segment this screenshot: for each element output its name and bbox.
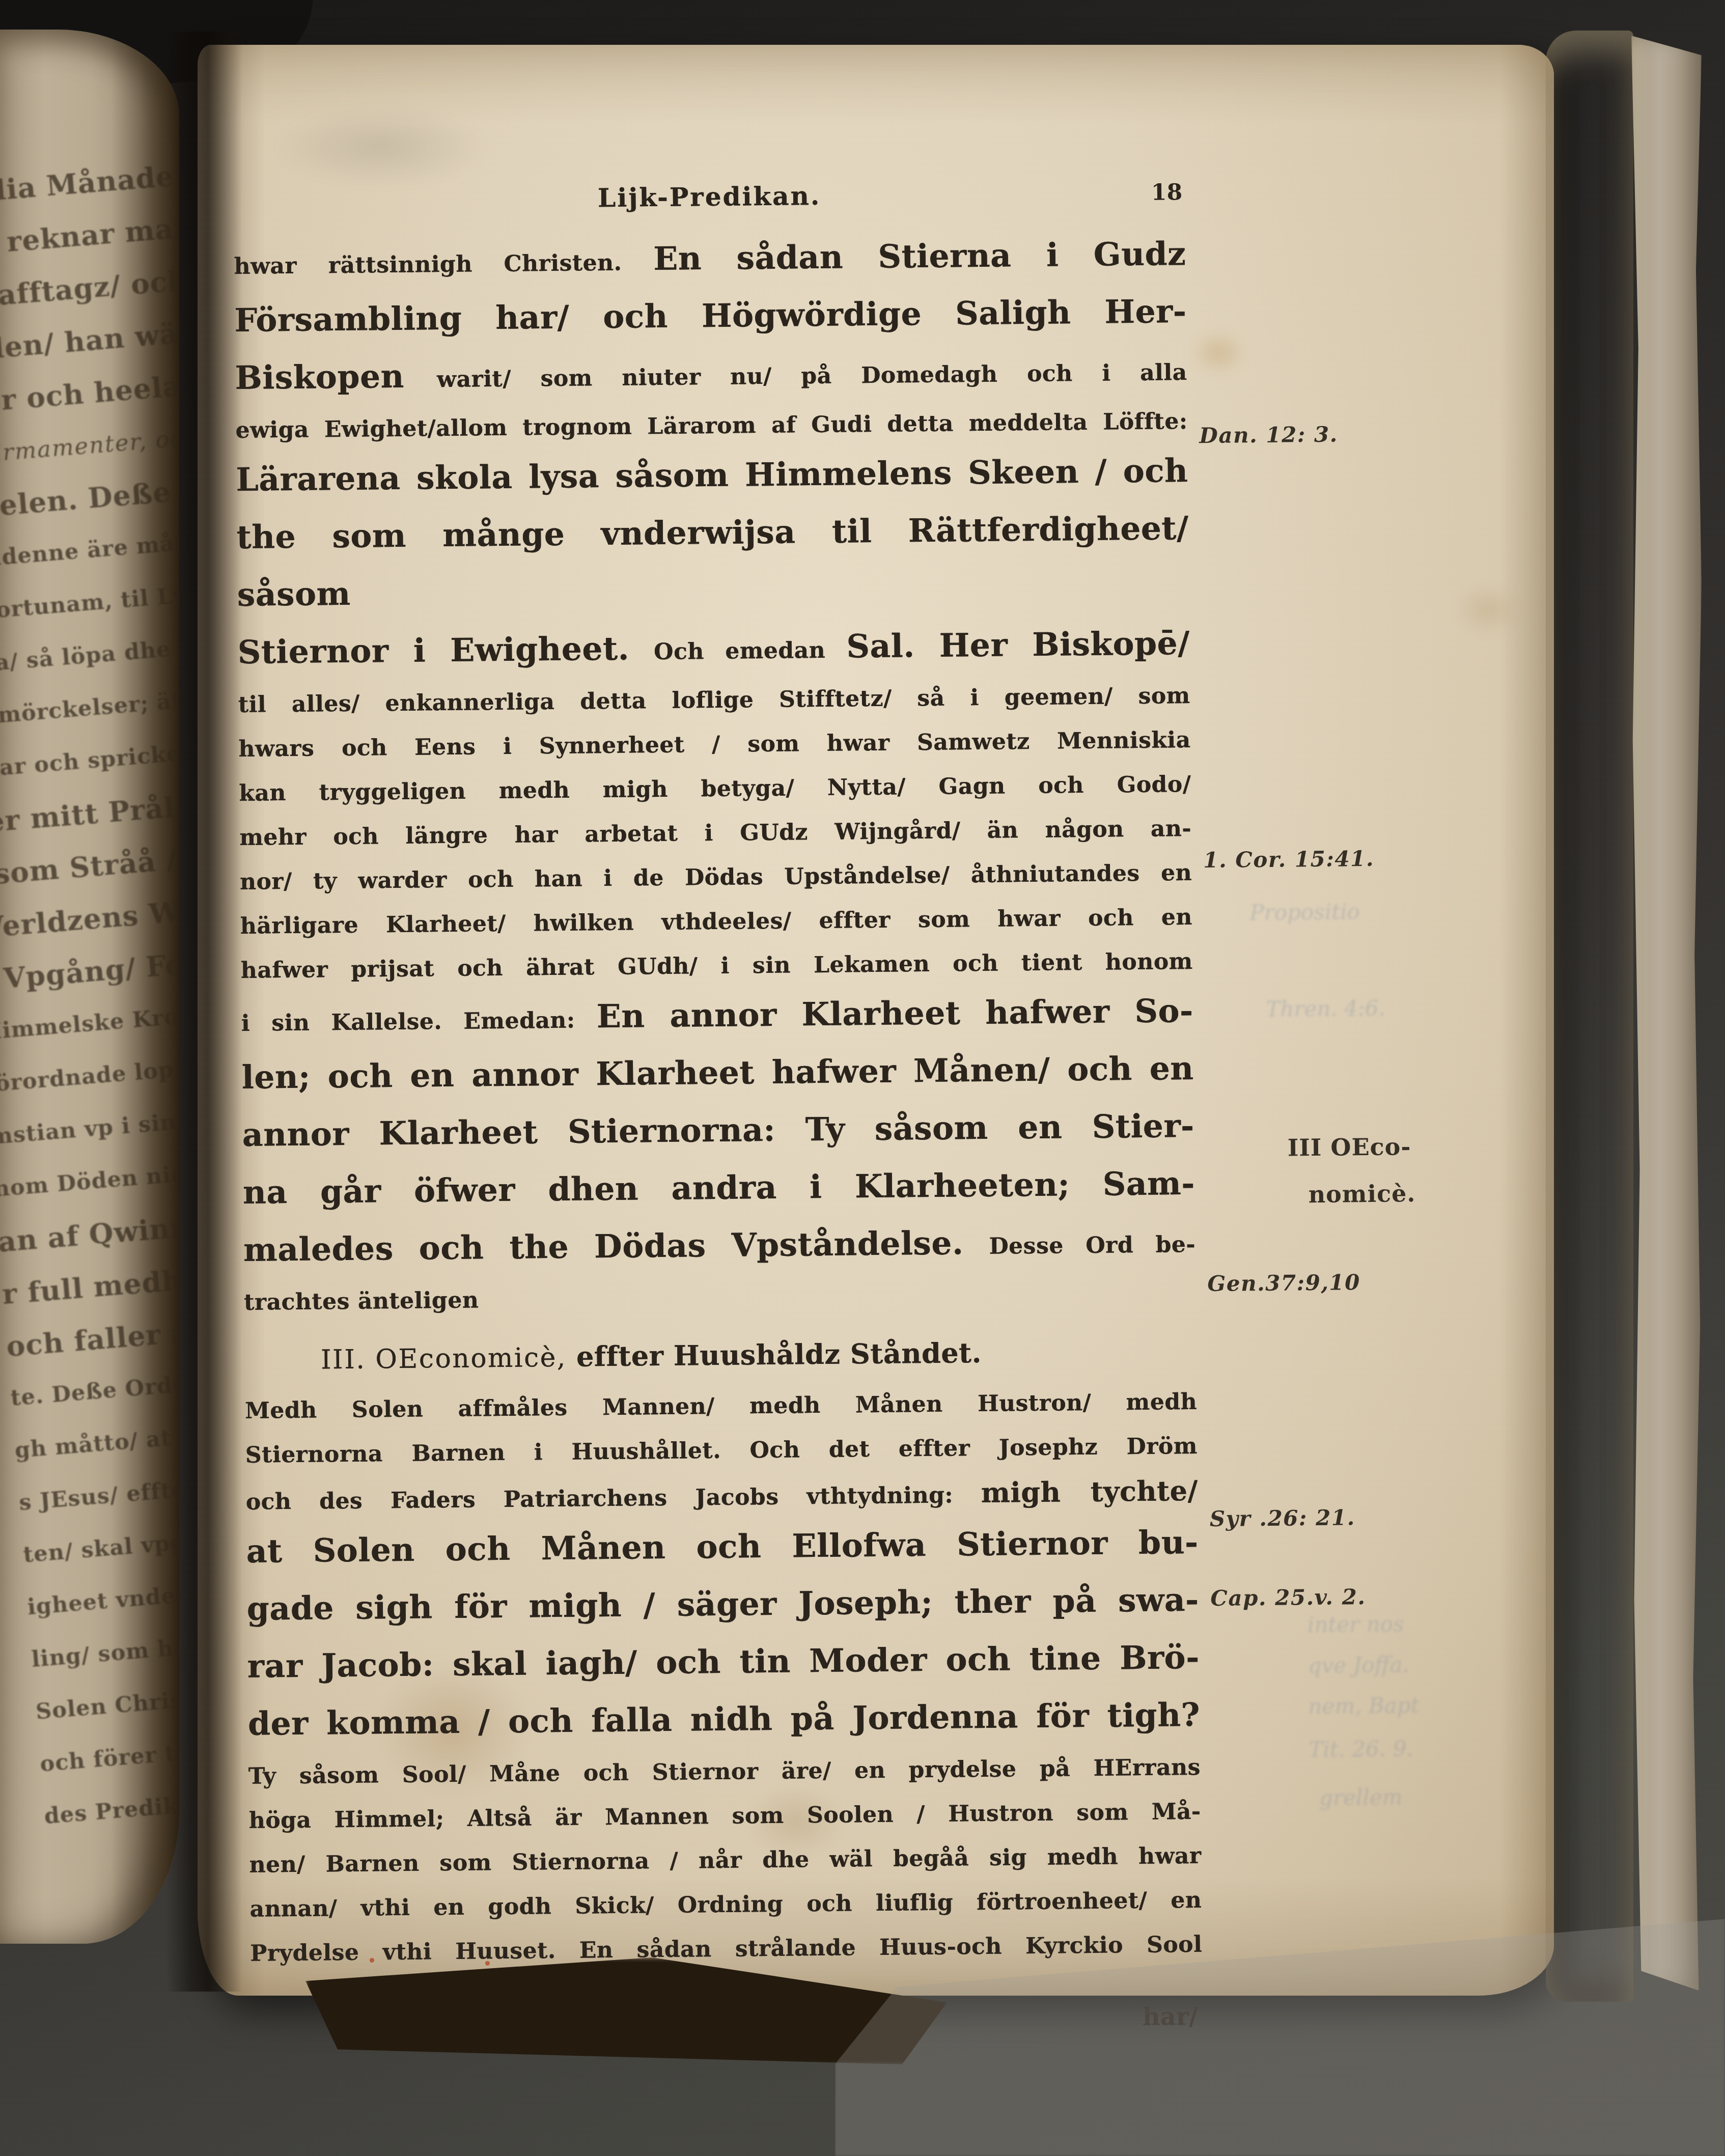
stain [274,106,488,187]
bleedthrough-text: Tit. 26. 9. [1309,1736,1413,1762]
text-segment: i sin Kallelse. Emedan: [241,1007,597,1037]
text-line: Lärarena skola lysa såsom Himmelens Skee… [236,446,1188,513]
text-segment: En annor Klarheet hafwer So- [596,992,1193,1035]
text-line: i sin Kallelse. Emedan: En annor Klarhee… [241,986,1193,1053]
margin-note: Cap. 25.v. 2. [1210,1584,1366,1611]
margin-note: III OEco- [1288,1133,1411,1161]
text-segment: och des Faders Patriarchens Jacobs vthty… [246,1482,982,1515]
text-segment: nen/ Barnen som Stiernorna / når dhe wäl… [249,1843,1201,1878]
text-segment: annor Klarheet Stiernorna: Ty såsom en S… [242,1107,1195,1154]
text-segment: hafwer prijsat och ährat GUdh/ i sin Lek… [241,948,1193,984]
text-segment: Prydelse vthi Huuset. En sådan strålande… [250,1931,1202,1967]
margin-note: 1. Cor. 15:41. [1203,846,1374,873]
text-segment: annan/ vthi en godh Skick/ Ordning och l… [249,1887,1202,1922]
text-line: the som månge vnderwijsa til Rättferdigh… [236,503,1189,628]
text-segment: effter Huushåldz Ståndet. [576,1336,982,1373]
text-segment: nor/ ty warder och han i de Dödas Upstån… [240,860,1192,895]
text-line: Biskopen warit/ som niuter nu/ på Domeda… [235,344,1187,411]
text-line: maledes och the Dödas Vpståndelse. Desse… [243,1216,1196,1283]
text-segment: III. OEconomicè, [321,1342,576,1376]
bleedthrough-text: nem, Bapt [1308,1693,1420,1719]
bleedthrough-text: qve Joffa. [1307,1652,1409,1678]
text-segment: warit/ som niuter nu/ på Domedagh och i … [437,359,1187,393]
left-page-text: helighthskilia Månaderna wänen reknar ma… [0,99,179,1843]
body-text: hwar rättsinnigh Christen. En sådan Stie… [234,229,1203,1978]
text-line: na går öfwer dhen andra i Klarheeten; Sa… [243,1159,1195,1225]
text-line: rar Jacob: skal iagh/ och tin Moder och … [247,1633,1200,1699]
fore-edge [1546,31,1702,2002]
text-segment: härligare Klarheet/ hwilken vthdeeles/ e… [240,904,1192,939]
text-segment: Sal. Her Biskopē/ [846,624,1190,665]
text-segment: hwars och Eens i Synnerheet / som hwar S… [238,727,1190,762]
text-segment: Stiernor i Ewigheet. [237,629,654,671]
text-segment: rar Jacob: skal iagh/ och tin Moder och … [247,1638,1200,1685]
text-line: annor Klarheet Stiernorna: Ty såsom en S… [242,1101,1194,1168]
text-line: Försambling har/ och Högwördige Saligh H… [234,287,1187,353]
text-line: gade sigh för migh / säger Joseph; ther … [246,1575,1199,1642]
bleedthrough-text: inter nos [1307,1611,1404,1637]
text-line: len; och en annor Klarheet hafwer Månen/… [241,1044,1194,1110]
text-segment: der komma / och falla nidh på Jordenna f… [248,1696,1201,1743]
text-segment: Och emedan [654,637,847,665]
text-segment: hwar rättsinnigh Christen. [234,249,653,279]
text-segment: ewiga Ewighet/allom trognom Lärarom af G… [235,408,1187,443]
text-segment: len; och en annor Klarheet hafwer Månen/… [241,1049,1194,1096]
right-page: Lijk-Predikan. 18 hwar rättsinnigh Chris… [198,45,1554,1996]
text-line: III. OEconomicè, effter Huushåldz Stånde… [244,1326,1197,1391]
text-segment: Försambling har/ och Högwördige Saligh H… [234,292,1187,339]
text-line: der komma / och falla nidh på Jordenna f… [248,1690,1201,1757]
margin-note: nomicè. [1309,1180,1416,1208]
left-page: helighthskilia Månaderna wänen reknar ma… [0,30,179,1944]
margin-note: Syr .26: 21. [1210,1505,1355,1531]
text-segment: gade sigh för migh / säger Joseph; ther … [246,1581,1199,1628]
margin-note: Dan. 12: 3. [1199,422,1338,449]
margin-note: Gen.37:9,10 [1207,1270,1360,1296]
text-line: och des Faders Patriarchens Jacobs vthty… [245,1471,1198,1527]
text-segment: migh tychte/ [981,1474,1198,1509]
text-line: Stiernor i Ewigheet. Och emedan Sal. Her… [237,619,1190,685]
stain [1190,330,1246,376]
book-edge-streaks [1546,31,1633,2002]
curled-endpaper [1631,36,1702,1991]
text-segment: Desse Ord be- [989,1231,1195,1259]
text-segment: mehr och längre har arbetat i GUdz Wijng… [239,816,1191,851]
text-segment: Ty såsom Sool/ Måne och Stiernor äre/ en… [248,1754,1201,1789]
page-number: 18 [1151,179,1183,206]
text-line: trachtes änteligen [244,1274,1197,1327]
running-title: Lijk-Predikan. [598,181,821,213]
page-content: Lijk-Predikan. 18 hwar rättsinnigh Chris… [233,177,1203,2062]
stain [1455,584,1521,635]
bleedthrough-text: grellem [1319,1784,1403,1810]
text-segment: Medh Solen affmåles Mannen/ medh Månen H… [245,1389,1197,1424]
text-line: hwar rättsinnigh Christen. En sådan Stie… [234,229,1186,296]
text-segment: at Solen och Månen och Ellofwa Stiernor … [246,1523,1199,1570]
bleedthrough-text: Propositio [1249,899,1360,925]
text-segment: Lärarena skola lysa såsom Himmelens Skee… [236,452,1188,498]
book-photo-scene: helighthskilia Månaderna wänen reknar ma… [0,0,1725,2156]
text-segment: trachtes änteligen [244,1287,479,1315]
text-line: at Solen och Månen och Ellofwa Stiernor … [246,1518,1199,1584]
text-segment: maledes och the Dödas Vpståndelse. [243,1224,989,1269]
text-segment: na går öfwer dhen andra i Klarheeten; Sa… [243,1164,1195,1211]
text-segment: Stiernorna Barnen i Huushållet. Och det … [245,1433,1198,1468]
text-segment: En sådan Stierna i Gudz [653,235,1186,277]
text-segment: Biskopen [235,357,437,397]
bleedthrough-text: Thren. 4:6. [1266,996,1385,1022]
text-segment: kan tryggeligen medh migh betyga/ Nytta/… [239,771,1191,806]
text-segment: til alles/ enkannerliga detta loflige St… [238,683,1190,718]
text-segment: höga Himmel; Altså är Mannen som Soolen … [249,1799,1201,1834]
text-segment: the som månge vnderwijsa til Rättferdigh… [236,509,1189,613]
